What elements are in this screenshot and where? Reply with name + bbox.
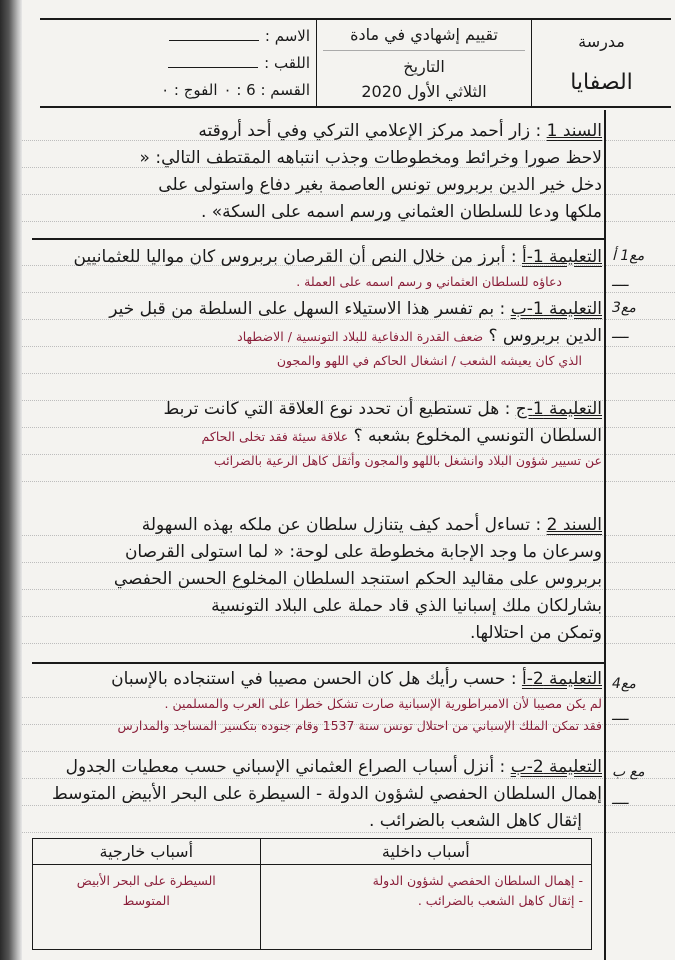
surname-field[interactable] xyxy=(168,58,258,68)
margin-criterion: مع ب xyxy=(612,764,645,780)
school-cell: مدرسة الصفايا xyxy=(531,20,671,106)
header-divider xyxy=(323,50,525,51)
class-label: القسم : 6 : ٠ xyxy=(224,81,310,99)
answer-1b-part-1: ضعف القدرة الدفاعية للبلاد التونسية / ال… xyxy=(237,329,483,344)
document-1-line: ملكها ودعا للسلطان العثماني ورسم اسمه عل… xyxy=(32,199,602,226)
question-1b-text-2: الدين بربروس ؟ xyxy=(488,326,602,346)
notebook-binding xyxy=(0,0,22,960)
document-2-line: بربروس على مقاليد الحكم استنجد السلطان ا… xyxy=(32,566,602,593)
answer-2a-part-1: لم يكن مصيبا لأن الامبراطورية الإسبانية … xyxy=(32,693,602,715)
margin-score: ــــ xyxy=(612,792,628,808)
margin-score: ــــ xyxy=(612,326,628,342)
internal-cause: - إهمال السلطان الحفصي لشؤون الدولة xyxy=(269,871,583,891)
school-name: الصفايا xyxy=(570,70,633,95)
table-header-external: أسباب خارجية xyxy=(33,839,261,865)
question-1a-label: التعليمة 1-أ xyxy=(522,247,602,267)
question-1b-label: التعليمة 1-ب xyxy=(511,299,602,319)
date-label: التاريخ xyxy=(403,57,445,76)
exam-info-cell: تقييم إشهادي في مادة التاريخ الثلاثي الأ… xyxy=(316,20,531,106)
question-1b-text: : بم تفسر هذا الاستيلاء السهل على السلطة… xyxy=(109,299,505,319)
answer-1b-part-2: الذي كان يعيشه الشعب / انشغال الحاكم في … xyxy=(32,350,602,372)
external-cause: المتوسط xyxy=(41,891,252,911)
margin-score: ــــ xyxy=(612,274,628,290)
name-field[interactable] xyxy=(169,31,259,41)
question-2b-label: التعليمة 2-ب xyxy=(511,757,602,777)
question-1a-text: : أبرز من خلال النص أن القرصان بربروس كا… xyxy=(74,247,517,267)
question-1c-label: التعليمة 1-ج xyxy=(516,399,602,419)
document-2-label: السند 2 xyxy=(547,515,602,535)
margin-criterion: مع3 xyxy=(612,300,636,316)
exam-page: مدرسة الصفايا تقييم إشهادي في مادة التار… xyxy=(22,0,675,960)
ruled-line xyxy=(22,481,675,482)
section-divider xyxy=(32,238,604,240)
school-label: مدرسة xyxy=(578,32,625,51)
question-2a-text: : حسب رأيك هل كان الحسن مصيبا في استنجاد… xyxy=(111,669,516,689)
question-1c-text: : هل تستطيع أن تحدد نوع العلاقة التي كان… xyxy=(164,399,511,419)
exam-title: تقييم إشهادي في مادة xyxy=(350,25,498,44)
internal-causes-cell: - إهمال السلطان الحفصي لشؤون الدولة - إث… xyxy=(260,865,591,950)
group-label: الفوج : ٠ xyxy=(161,81,217,99)
answer-2b-part-2: إثقال كاهل الشعب بالضرائب . xyxy=(32,808,602,835)
ruled-line xyxy=(22,751,675,752)
answer-2a-part-2: فقد تمكن الملك الإسباني من احتلال تونس س… xyxy=(32,715,602,737)
document-2: السند 2 : تساءل أحمد كيف يتنازل سلطان عن… xyxy=(32,512,602,647)
question-2a-label: التعليمة 2-أ xyxy=(522,669,602,689)
answer-1c-part-1: علاقة سيئة فقد تخلى الحاكم xyxy=(202,429,349,444)
surname-row: اللقب : xyxy=(168,54,310,72)
term-label: الثلاثي الأول 2020 xyxy=(361,82,486,101)
external-causes-cell: السيطرة على البحر الأبيض المتوسط xyxy=(33,865,261,950)
document-1-line: السند 1 : زار أحمد مركز الإعلامي التركي … xyxy=(32,118,602,145)
margin-criterion: مع4 xyxy=(612,676,636,692)
external-cause: السيطرة على البحر الأبيض xyxy=(41,871,252,891)
name-row: الاسم : xyxy=(169,27,310,45)
answer-2b-part-1: إهمال السلطان الحفصي لشؤون الدولة - السي… xyxy=(32,781,602,808)
document-2-line: بشارلكان ملك إسبانيا الذي قاد حملة على ا… xyxy=(32,593,602,620)
margin-line xyxy=(604,110,606,960)
answer-1a: دعاؤه للسلطان العثماني و رسم اسمه على ال… xyxy=(32,271,602,293)
document-1-line: دخل خير الدين بربروس تونس العاصمة بغير د… xyxy=(32,172,602,199)
document-1-label: السند 1 xyxy=(547,121,602,141)
document-1-line: لاحظ صورا وخرائط ومخطوطات وجذب انتباهه ا… xyxy=(32,145,602,172)
margin-score: ــــ xyxy=(612,708,628,724)
class-row: القسم : 6 : ٠ الفوج : ٠ xyxy=(161,81,310,99)
causes-table: أسباب داخلية أسباب خارجية - إهمال السلطا… xyxy=(32,838,592,950)
table-header-internal: أسباب داخلية xyxy=(260,839,591,865)
question-1a: التعليمة 1-أ : أبرز من خلال النص أن القر… xyxy=(32,244,602,293)
exam-header: مدرسة الصفايا تقييم إشهادي في مادة التار… xyxy=(40,18,671,108)
question-2b-text: : أنزل أسباب الصراع العثماني الإسباني حس… xyxy=(66,757,506,777)
question-2a: التعليمة 2-أ : حسب رأيك هل كان الحسن مصي… xyxy=(32,666,602,737)
question-2b: التعليمة 2-ب : أنزل أسباب الصراع العثمان… xyxy=(32,754,602,835)
ruled-line xyxy=(22,373,675,374)
document-2-line: وسرعان ما وجد الإجابة مخطوطة على لوحة: «… xyxy=(32,539,602,566)
document-2-line: وتمكن من احتلالها. xyxy=(32,620,602,647)
answer-1c-part-2: عن تسيير شؤون البلاد وانشغل باللهو والمج… xyxy=(32,450,602,472)
student-cell: الاسم : اللقب : القسم : 6 : ٠ الفوج : ٠ xyxy=(40,20,316,106)
document-1: السند 1 : زار أحمد مركز الإعلامي التركي … xyxy=(32,118,602,226)
surname-label: اللقب : xyxy=(264,54,310,72)
section-divider xyxy=(32,662,604,664)
margin-criterion: مع1 أ xyxy=(612,248,644,264)
question-1c: التعليمة 1-ج : هل تستطيع أن تحدد نوع الع… xyxy=(32,396,602,472)
question-1c-text-2: السلطان التونسي المخلوع بشعبه ؟ xyxy=(354,426,602,446)
name-label: الاسم : xyxy=(265,27,310,45)
internal-cause: - إثقال كاهل الشعب بالضرائب . xyxy=(269,891,583,911)
question-1b: التعليمة 1-ب : بم تفسر هذا الاستيلاء الس… xyxy=(32,296,602,372)
